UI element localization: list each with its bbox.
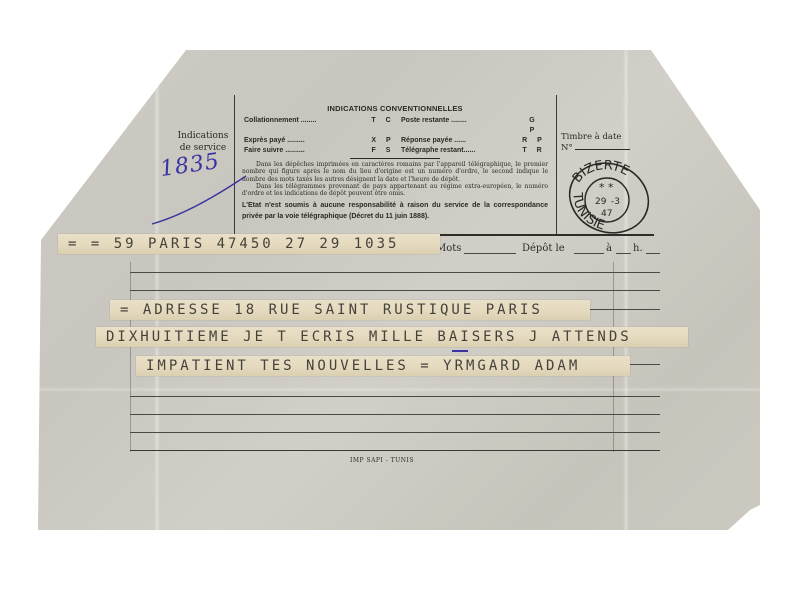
form-rule [590, 309, 660, 310]
postmark-stamp: BIZERTE TUNISIE * * 29 -3 47 [563, 160, 655, 234]
form-divider [556, 95, 557, 235]
service-label-line1: Indications [168, 130, 238, 142]
conventions-block: INDICATIONS CONVENTIONNELLES Collationne… [238, 104, 552, 222]
convention-label: Poste restante ........ [395, 116, 522, 136]
tape-strip-message-1: DIXHUITIEME JE T ECRIS MILLE BAISERS J A… [96, 327, 688, 347]
ink-mark [452, 350, 468, 352]
convention-code: X P [371, 136, 395, 146]
convention-label: Télégraphe restant...... [395, 146, 522, 156]
form-rule [130, 450, 660, 451]
h-label: h. [633, 243, 643, 254]
svg-text:29: 29 [595, 197, 607, 207]
timbre-label: Timbre à date [561, 132, 630, 143]
convention-label: Collationnement ........ [244, 116, 371, 136]
conventions-title: INDICATIONS CONVENTIONNELLES [238, 104, 552, 113]
form-rule [130, 290, 660, 291]
mots-field [464, 253, 516, 254]
tape-strip-message-2: IMPATIENT TES NOUVELLES = YRMGARD ADAM [136, 356, 630, 376]
a-label: à [606, 243, 612, 254]
conventions-separator [350, 158, 440, 159]
conventions-paragraph: Dans les dépêches imprimées en caractère… [238, 161, 552, 183]
form-rule [130, 396, 660, 397]
convention-label: Exprès payé ......... [244, 136, 371, 146]
timbre-number-label: N° [561, 143, 573, 153]
convention-code: T C [371, 116, 395, 136]
convention-code: F S [371, 146, 395, 156]
conventions-paragraph: Dans les télégrammes provenant de pays a… [238, 183, 552, 198]
form-rule [130, 272, 660, 273]
convention-code: T R [522, 146, 546, 156]
handwritten-pen-stroke [150, 150, 250, 230]
depot-minute-field [646, 253, 660, 254]
depot-date-field [574, 253, 604, 254]
svg-text:-3: -3 [611, 197, 620, 207]
convention-label: Faire suivre .......... [244, 146, 371, 156]
svg-text:47: 47 [601, 209, 612, 219]
convention-code: G P [522, 116, 546, 136]
date-stamp-label: Timbre à date N° [561, 132, 630, 154]
form-rule [130, 414, 660, 415]
svg-text:* *: * * [599, 181, 614, 194]
fold-crease [38, 387, 760, 392]
liability-disclaimer: L'Etat n'est soumis à aucune responsabil… [238, 200, 552, 222]
conventions-table: Collationnement ........ T C Poste resta… [238, 116, 552, 156]
convention-code: R P [522, 136, 546, 146]
tape-strip-address: = ADRESSE 18 RUE SAINT RUSTIQUE PARIS [110, 300, 590, 320]
convention-label: Réponse payée ...... [395, 136, 522, 146]
depot-hour-field [616, 253, 631, 254]
timbre-number-field: N° [561, 143, 630, 154]
form-rule [130, 432, 660, 433]
printer-imprint: IMP SAPI - TUNIS [350, 457, 414, 464]
tape-strip-header: = = 59 PARIS 47450 27 29 1035 [58, 234, 440, 254]
depot-le-label: Dépôt le [522, 243, 565, 254]
